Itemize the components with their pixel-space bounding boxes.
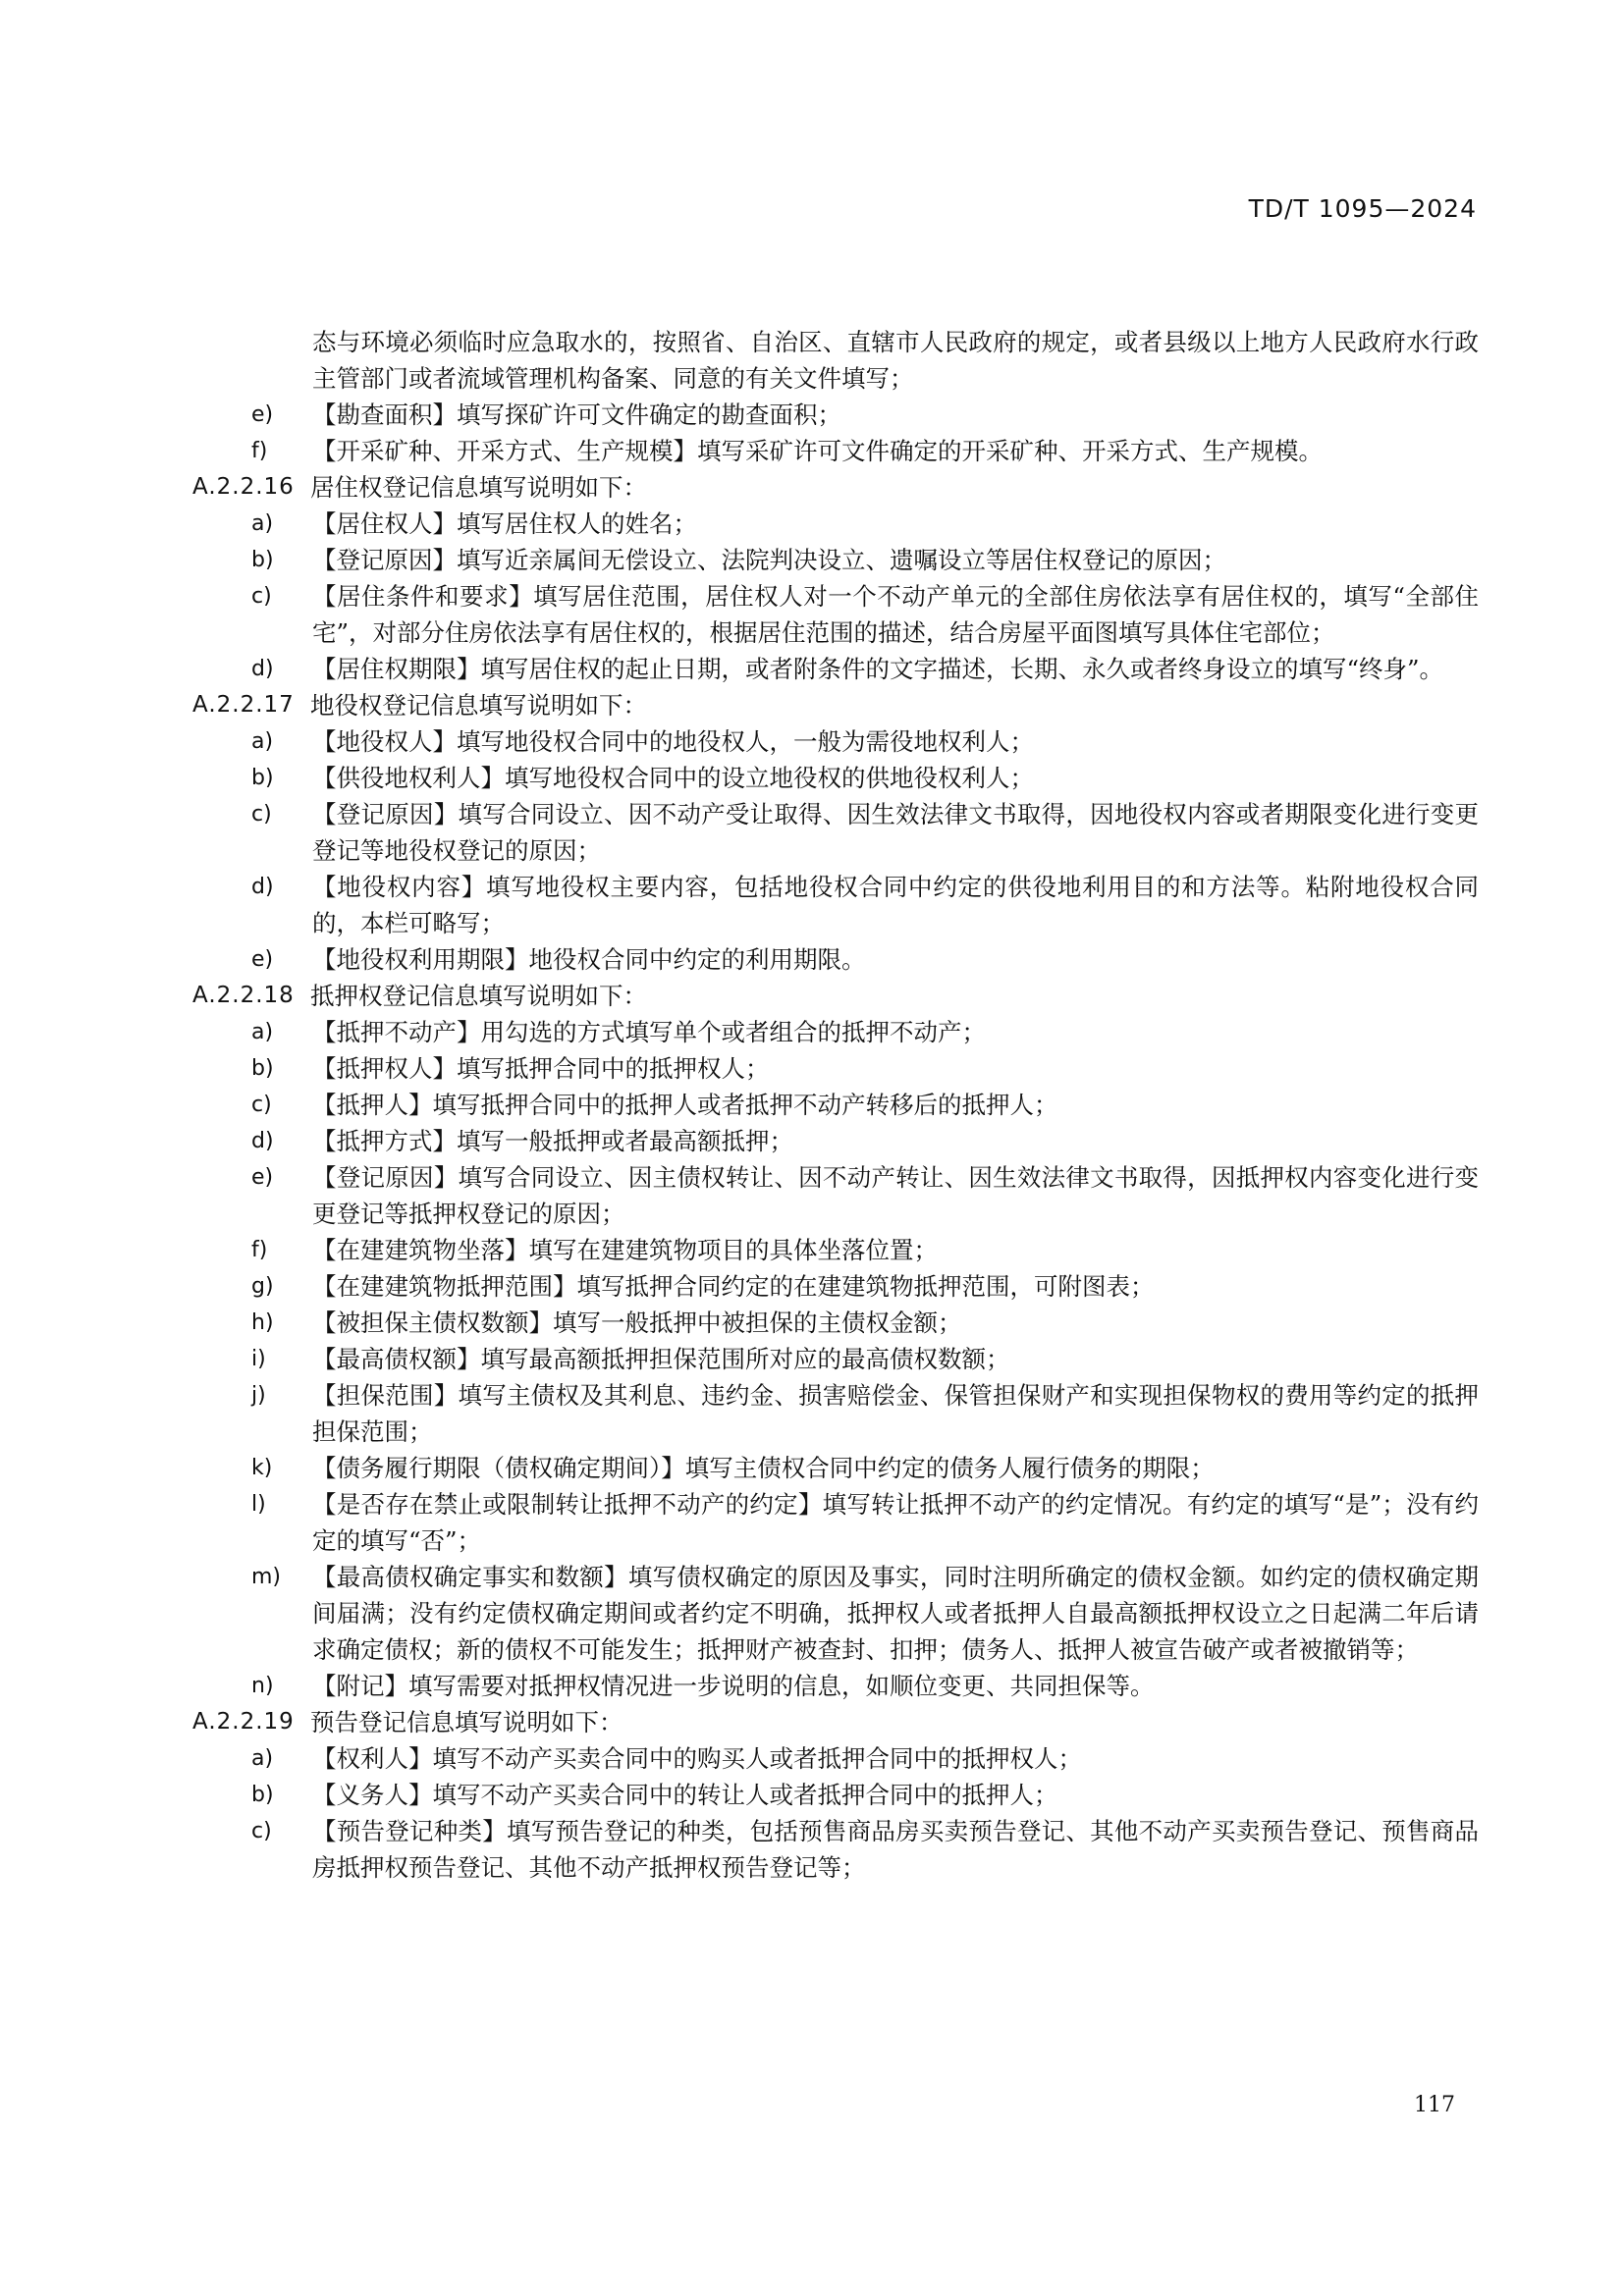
- section-title: 地役权登记信息填写说明如下：: [310, 687, 647, 723]
- section-heading: A.2.2.16居住权登记信息填写说明如下：: [192, 469, 1479, 506]
- list-item: a)【权利人】填写不动产买卖合同中的购买人或者抵押合同中的抵押权人；: [251, 1740, 1479, 1777]
- item-label: b): [251, 760, 312, 796]
- list-item: f)【在建建筑物坐落】填写在建建筑物项目的具体坐落位置；: [251, 1232, 1479, 1268]
- list-item: c)【登记原因】填写合同设立、因不动产受让取得、因生效法律文书取得，因地役权内容…: [251, 796, 1479, 869]
- section-number: A.2.2.16: [192, 469, 310, 506]
- item-text: 【居住条件和要求】填写居住范围，居住权人对一个不动产单元的全部住房依法享有居住权…: [312, 578, 1479, 651]
- list-item: b)【抵押权人】填写抵押合同中的抵押权人；: [251, 1050, 1479, 1087]
- section-number: A.2.2.17: [192, 687, 310, 723]
- item-text: 【最高债权确定事实和数额】填写债权确定的原因及事实，同时注明所确定的债权金额。如…: [312, 1559, 1479, 1668]
- item-text: 【担保范围】填写主债权及其利息、违约金、损害赔偿金、保管担保财产和实现担保物权的…: [312, 1377, 1479, 1450]
- list-item: i)【最高债权额】填写最高额抵押担保范围所对应的最高债权数额；: [251, 1341, 1479, 1377]
- item-label: i): [251, 1341, 312, 1377]
- list-item: j)【担保范围】填写主债权及其利息、违约金、损害赔偿金、保管担保财产和实现担保物…: [251, 1377, 1479, 1450]
- list-item: e)【地役权利用期限】地役权合同中约定的利用期限。: [251, 941, 1479, 978]
- list-item: m)【最高债权确定事实和数额】填写债权确定的原因及事实，同时注明所确定的债权金额…: [251, 1559, 1479, 1668]
- section-heading: A.2.2.18抵押权登记信息填写说明如下：: [192, 978, 1479, 1014]
- list-item: k)【债务履行期限（债权确定期间）】填写主债权合同中约定的债务人履行债务的期限；: [251, 1450, 1479, 1486]
- list-item: g)【在建建筑物抵押范围】填写抵押合同约定的在建建筑物抵押范围，可附图表；: [251, 1268, 1479, 1305]
- item-label: l): [251, 1486, 312, 1559]
- item-text: 【地役权人】填写地役权合同中的地役权人，一般为需役地权利人；: [312, 723, 1479, 760]
- list-item: d)【抵押方式】填写一般抵押或者最高额抵押；: [251, 1123, 1479, 1159]
- list-item: d)【居住权期限】填写居住权的起止日期，或者附条件的文字描述，长期、永久或者终身…: [251, 651, 1479, 687]
- page-content: 态与环境必须临时应急取水的，按照省、自治区、直辖市人民政府的规定，或者县级以上地…: [192, 324, 1479, 1886]
- item-label: a): [251, 1014, 312, 1050]
- item-label: a): [251, 1740, 312, 1777]
- item-text: 【抵押不动产】用勾选的方式填写单个或者组合的抵押不动产；: [312, 1014, 1479, 1050]
- item-text: 【被担保主债权数额】填写一般抵押中被担保的主债权金额；: [312, 1305, 1479, 1341]
- section-title: 预告登记信息填写说明如下：: [310, 1704, 623, 1740]
- item-label: j): [251, 1377, 312, 1450]
- list-item: l)【是否存在禁止或限制转让抵押不动产的约定】填写转让抵押不动产的约定情况。有约…: [251, 1486, 1479, 1559]
- list-item: c)【预告登记种类】填写预告登记的种类，包括预售商品房买卖预告登记、其他不动产买…: [251, 1813, 1479, 1886]
- item-label: e): [251, 1159, 312, 1232]
- item-text: 【预告登记种类】填写预告登记的种类，包括预售商品房买卖预告登记、其他不动产买卖预…: [312, 1813, 1479, 1886]
- item-text: 【是否存在禁止或限制转让抵押不动产的约定】填写转让抵押不动产的约定情况。有约定的…: [312, 1486, 1479, 1559]
- section-heading: A.2.2.17地役权登记信息填写说明如下：: [192, 687, 1479, 723]
- item-label: k): [251, 1450, 312, 1486]
- item-label: a): [251, 506, 312, 542]
- list-item: f)【开采矿种、开采方式、生产规模】填写采矿许可文件确定的开采矿种、开采方式、生…: [251, 433, 1479, 469]
- page-number: 117: [1414, 2093, 1455, 2117]
- item-text: 【居住权人】填写居住权人的姓名；: [312, 506, 1479, 542]
- item-label: d): [251, 651, 312, 687]
- item-label: b): [251, 542, 312, 578]
- list-item: n)【附记】填写需要对抵押权情况进一步说明的信息，如顺位变更、共同担保等。: [251, 1668, 1479, 1704]
- list-item: h)【被担保主债权数额】填写一般抵押中被担保的主债权金额；: [251, 1305, 1479, 1341]
- section-title: 抵押权登记信息填写说明如下：: [310, 978, 647, 1014]
- item-label: a): [251, 723, 312, 760]
- item-label: c): [251, 1087, 312, 1123]
- item-label: c): [251, 578, 312, 651]
- item-text: 【地役权内容】填写地役权主要内容，包括地役权合同中约定的供役地利用目的和方法等。…: [312, 869, 1479, 941]
- item-text: 【在建建筑物坐落】填写在建建筑物项目的具体坐落位置；: [312, 1232, 1479, 1268]
- item-text: 【债务履行期限（债权确定期间）】填写主债权合同中约定的债务人履行债务的期限；: [312, 1450, 1479, 1486]
- item-label: b): [251, 1777, 312, 1813]
- list-item: a)【地役权人】填写地役权合同中的地役权人，一般为需役地权利人；: [251, 723, 1479, 760]
- list-item: d)【地役权内容】填写地役权主要内容，包括地役权合同中约定的供役地利用目的和方法…: [251, 869, 1479, 941]
- pre-items-list: e)【勘查面积】填写探矿许可文件确定的勘查面积；f)【开采矿种、开采方式、生产规…: [192, 397, 1479, 469]
- list-item: a)【居住权人】填写居住权人的姓名；: [251, 506, 1479, 542]
- item-label: f): [251, 1232, 312, 1268]
- item-text: 【登记原因】填写合同设立、因主债权转让、因不动产转让、因生效法律文书取得，因抵押…: [312, 1159, 1479, 1232]
- continuation-text: 态与环境必须临时应急取水的，按照省、自治区、直辖市人民政府的规定，或者县级以上地…: [312, 324, 1479, 397]
- item-label: e): [251, 941, 312, 978]
- item-text: 【最高债权额】填写最高额抵押担保范围所对应的最高债权数额；: [312, 1341, 1479, 1377]
- item-text: 【登记原因】填写近亲属间无偿设立、法院判决设立、遗嘱设立等居住权登记的原因；: [312, 542, 1479, 578]
- item-text: 【抵押人】填写抵押合同中的抵押人或者抵押不动产转移后的抵押人；: [312, 1087, 1479, 1123]
- item-text: 【居住权期限】填写居住权的起止日期，或者附条件的文字描述，长期、永久或者终身设立…: [312, 651, 1479, 687]
- item-text: 【开采矿种、开采方式、生产规模】填写采矿许可文件确定的开采矿种、开采方式、生产规…: [312, 433, 1479, 469]
- list-item: e)【登记原因】填写合同设立、因主债权转让、因不动产转让、因生效法律文书取得，因…: [251, 1159, 1479, 1232]
- item-text: 【登记原因】填写合同设立、因不动产受让取得、因生效法律文书取得，因地役权内容或者…: [312, 796, 1479, 869]
- item-label: n): [251, 1668, 312, 1704]
- section-number: A.2.2.19: [192, 1704, 310, 1740]
- list-item: c)【居住条件和要求】填写居住范围，居住权人对一个不动产单元的全部住房依法享有居…: [251, 578, 1479, 651]
- item-label: c): [251, 1813, 312, 1886]
- list-item: a)【抵押不动产】用勾选的方式填写单个或者组合的抵押不动产；: [251, 1014, 1479, 1050]
- item-label: b): [251, 1050, 312, 1087]
- list-item: c)【抵押人】填写抵押合同中的抵押人或者抵押不动产转移后的抵押人；: [251, 1087, 1479, 1123]
- list-item: b)【供役地权利人】填写地役权合同中的设立地役权的供地役权利人；: [251, 760, 1479, 796]
- section-number: A.2.2.18: [192, 978, 310, 1014]
- item-text: 【抵押权人】填写抵押合同中的抵押权人；: [312, 1050, 1479, 1087]
- item-label: c): [251, 796, 312, 869]
- item-text: 【勘查面积】填写探矿许可文件确定的勘查面积；: [312, 397, 1479, 433]
- item-label: d): [251, 1123, 312, 1159]
- item-label: d): [251, 869, 312, 941]
- item-text: 【抵押方式】填写一般抵押或者最高额抵押；: [312, 1123, 1479, 1159]
- item-text: 【附记】填写需要对抵押权情况进一步说明的信息，如顺位变更、共同担保等。: [312, 1668, 1479, 1704]
- section-heading: A.2.2.19预告登记信息填写说明如下：: [192, 1704, 1479, 1740]
- sections-list: A.2.2.16居住权登记信息填写说明如下：a)【居住权人】填写居住权人的姓名；…: [192, 469, 1479, 1886]
- item-label: f): [251, 433, 312, 469]
- item-text: 【在建建筑物抵押范围】填写抵押合同约定的在建建筑物抵押范围，可附图表；: [312, 1268, 1479, 1305]
- list-item: b)【登记原因】填写近亲属间无偿设立、法院判决设立、遗嘱设立等居住权登记的原因；: [251, 542, 1479, 578]
- item-label: m): [251, 1559, 312, 1668]
- item-text: 【义务人】填写不动产买卖合同中的转让人或者抵押合同中的抵押人；: [312, 1777, 1479, 1813]
- item-text: 【权利人】填写不动产买卖合同中的购买人或者抵押合同中的抵押权人；: [312, 1740, 1479, 1777]
- item-label: e): [251, 397, 312, 433]
- item-label: g): [251, 1268, 312, 1305]
- list-item: e)【勘查面积】填写探矿许可文件确定的勘查面积；: [251, 397, 1479, 433]
- item-text: 【地役权利用期限】地役权合同中约定的利用期限。: [312, 941, 1479, 978]
- document-code: TD/T 1095—2024: [1249, 194, 1477, 223]
- item-label: h): [251, 1305, 312, 1341]
- list-item: b)【义务人】填写不动产买卖合同中的转让人或者抵押合同中的抵押人；: [251, 1777, 1479, 1813]
- item-text: 【供役地权利人】填写地役权合同中的设立地役权的供地役权利人；: [312, 760, 1479, 796]
- section-title: 居住权登记信息填写说明如下：: [310, 469, 647, 506]
